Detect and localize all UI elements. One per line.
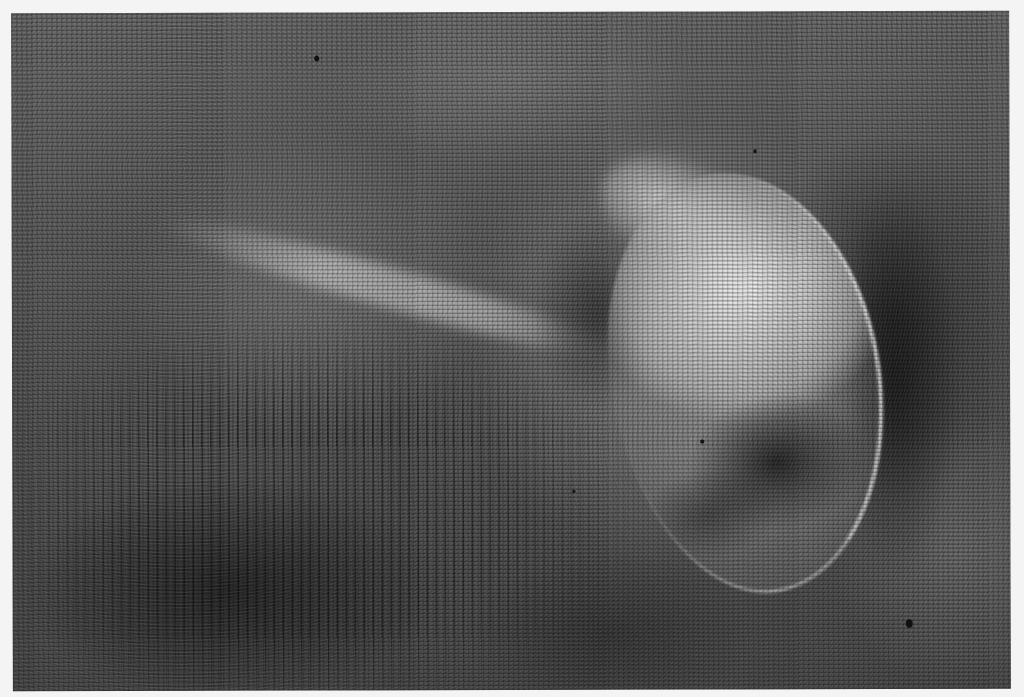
ink-speck [314,56,319,62]
ink-speck [753,149,756,153]
image-description: Grayscale photograph of a cross-hatched … [0,0,1,1]
grain-texture [11,11,1011,692]
ink-speck [700,439,704,443]
artwork-photo [11,11,1011,692]
ink-speck [906,619,913,628]
ink-speck [572,490,575,493]
